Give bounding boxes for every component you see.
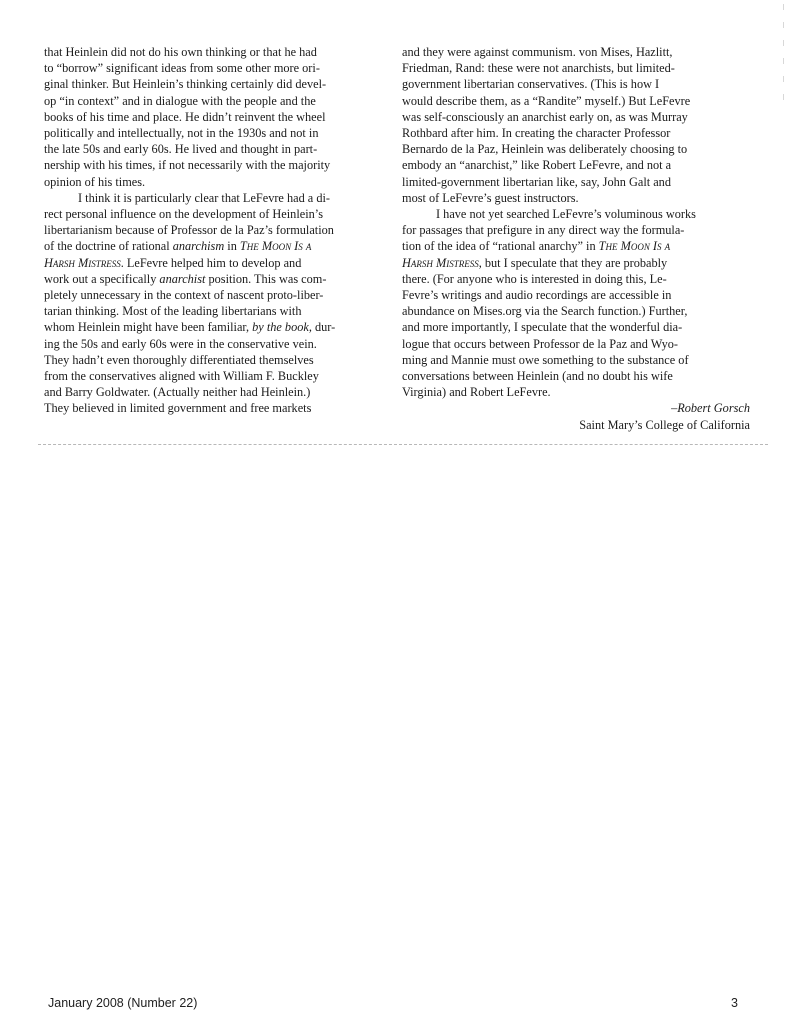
right-paragraph-2: I have not yet searched LeFevre’s volumi…: [402, 206, 750, 400]
book-title: Harsh Mistress: [44, 256, 121, 270]
scan-margin-marks: [779, 4, 787, 134]
emphasis-by-the-book: by the book,: [252, 320, 312, 334]
author-affiliation: Saint Mary’s College of California: [402, 417, 750, 433]
left-paragraph-2: I think it is particularly clear that Le…: [44, 190, 389, 417]
author-name: –Robert Gorsch: [402, 400, 750, 416]
left-column: that Heinlein did not do his own thinkin…: [44, 44, 389, 417]
book-title: The Moon Is a: [240, 239, 311, 253]
right-paragraph-1: and they were against communism. von Mis…: [402, 44, 750, 206]
emphasis-anarchism: anarchism: [173, 239, 224, 253]
section-divider: [38, 444, 768, 446]
article-signoff: –Robert Gorsch Saint Mary’s College of C…: [402, 400, 750, 432]
left-paragraph-1: that Heinlein did not do his own thinkin…: [44, 44, 389, 190]
footer-issue: January 2008 (Number 22): [48, 996, 197, 1010]
page-number: 3: [731, 996, 738, 1010]
document-page: that Heinlein did not do his own thinkin…: [0, 0, 800, 1027]
book-title: The Moon Is a: [599, 239, 670, 253]
right-column: and they were against communism. von Mis…: [402, 44, 750, 433]
book-title: Harsh Mistress: [402, 256, 479, 270]
emphasis-anarchist: anarchist: [159, 272, 205, 286]
